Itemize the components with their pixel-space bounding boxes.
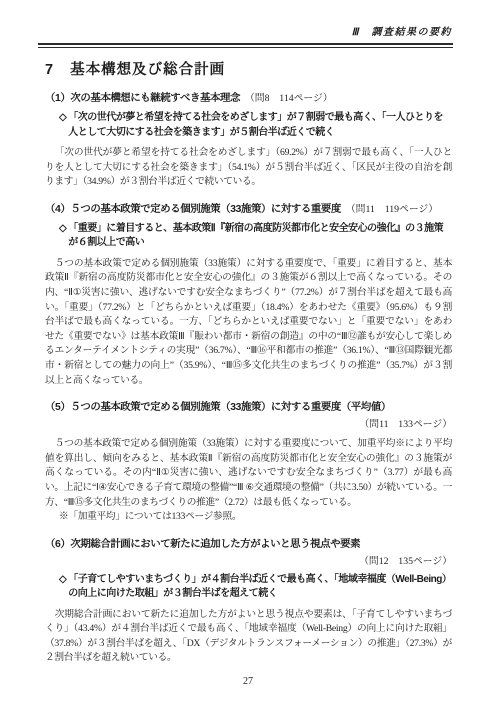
finding-headline-text: 「次の世代が夢と希望を持てる社会をめざします」が７割弱で最も高く、「一人ひとりを…: [68, 111, 452, 140]
header-rule: [38, 43, 453, 48]
report-section: （1）次の基本構想にも継続すべき基本理念（問8 114ページ） ◇「次の世代が夢…: [45, 92, 452, 190]
finding-headline: ◇「重要」に着目すると、基本政策Ⅱ『新宿の高度防災都市化と安全安心の強化』の３施…: [59, 222, 452, 251]
section-body-text: 次期総合計画において新たに追加した方がよいと思う視点や要素は、「子育てしやすいま…: [45, 608, 452, 666]
report-section: （5）５つの基本政策で定める個別施策（33施策）に対する重要度（平均値） （問1…: [45, 401, 452, 525]
running-header: Ⅲ 調査結果の要約: [45, 26, 452, 39]
section-body-text: ５つの基本政策で定める個別施策（33施策）に対する重要度について、加重平均※によ…: [45, 437, 452, 510]
diamond-icon: ◇: [59, 573, 66, 602]
section-heading: （5）５つの基本政策で定める個別施策（33施策）に対する重要度（平均値）: [45, 402, 391, 413]
question-page-ref: （問11 133ページ）: [45, 418, 452, 431]
question-page-ref: （問12 135ページ）: [45, 555, 452, 568]
report-section: （4）５つの基本政策で定める個別施策（33施策）に対する重要度（問11 119ペ…: [45, 203, 452, 388]
section-heading-line: （5）５つの基本政策で定める個別施策（33施策）に対する重要度（平均値）: [45, 401, 452, 415]
document-page: Ⅲ 調査結果の要約 7基本構想及び総合計画 （1）次の基本構想にも継続すべき基本…: [0, 0, 496, 702]
section-body-text: ５つの基本政策で定める個別施策（33施策）に対する重要度で、「重要」に着目すると…: [45, 257, 452, 388]
chapter-number: 7: [45, 62, 54, 78]
finding-headline-text: 「重要」に着目すると、基本政策Ⅱ『新宿の高度防災都市化と安全安心の強化』の３施策…: [68, 222, 452, 251]
section-body-text: 「次の世代が夢と希望を持てる社会をめざします」（69.2%）が７割弱で最も高く、…: [45, 146, 452, 190]
finding-headline: ◇「子育てしやすいまちづくり」が４割台半ば近くで最も高く、「地域幸福度（Well…: [59, 573, 452, 602]
diamond-icon: ◇: [59, 222, 66, 251]
section-heading: （6）次期総合計画において新たに追加した方がよいと思う視点や要素: [45, 539, 360, 550]
section-heading-line: （1）次の基本構想にも継続すべき基本理念（問8 114ページ）: [45, 92, 452, 106]
section-heading: （1）次の基本構想にも継続すべき基本理念: [45, 93, 240, 104]
finding-headline-text: 「子育てしやすいまちづくり」が４割台半ば近くで最も高く、「地域幸福度（Well-…: [68, 573, 452, 602]
chapter-title-text: 基本構想及び総合計画: [70, 62, 225, 78]
sections-container: （1）次の基本構想にも継続すべき基本理念（問8 114ページ） ◇「次の世代が夢…: [45, 92, 452, 666]
section-heading: （4）５つの基本政策で定める個別施策（33施策）に対する重要度: [45, 204, 341, 215]
section-heading-line: （6）次期総合計画において新たに追加した方がよいと思う視点や要素: [45, 538, 452, 552]
question-page-ref: （問11 119ページ）: [346, 204, 438, 215]
diamond-icon: ◇: [59, 111, 66, 140]
finding-headline: ◇「次の世代が夢と希望を持てる社会をめざします」が７割弱で最も高く、「一人ひとり…: [59, 111, 452, 140]
footnote-text: ※「加重平均」については133ページ参照。: [59, 510, 452, 525]
page-number: 27: [0, 676, 496, 687]
question-page-ref: （問8 114ページ）: [245, 93, 333, 104]
report-section: （6）次期総合計画において新たに追加した方がよいと思う視点や要素 （問12 13…: [45, 538, 452, 666]
section-heading-line: （4）５つの基本政策で定める個別施策（33施策）に対する重要度（問11 119ペ…: [45, 203, 452, 217]
page-title: 7基本構想及び総合計画: [45, 61, 452, 79]
